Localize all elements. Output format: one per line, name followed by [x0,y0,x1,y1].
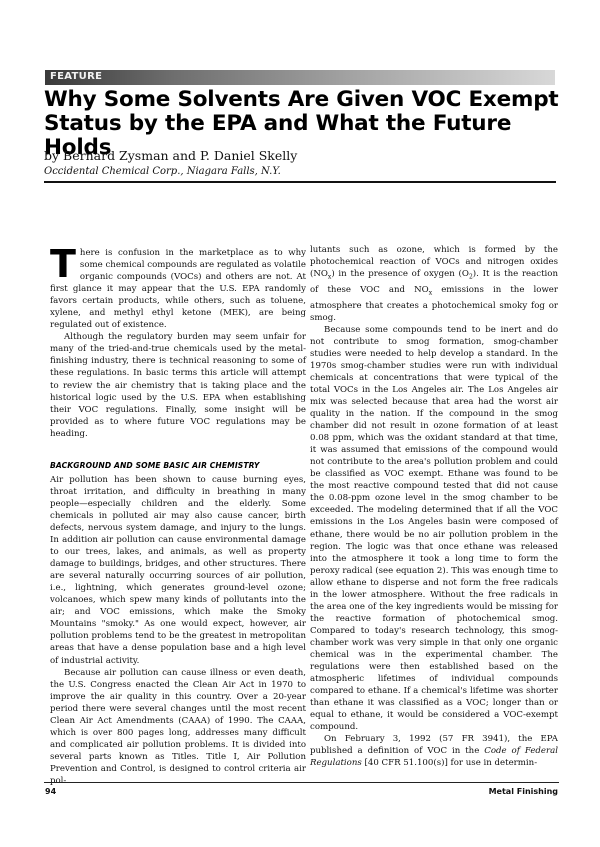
byline: by Bernard Zysman and P. Daniel Skelly [44,148,297,163]
paragraph-intro: There is confusion in the marketplace as… [50,247,306,331]
right-column: lutants such as ozone, which is formed b… [310,244,558,769]
paragraph: Air pollution has been shown to cause bu… [50,474,306,667]
author-affiliation: Occidental Chemical Corp., Niagara Falls… [44,166,281,177]
section-heading: BACKGROUND AND SOME BASIC AIR CHEMISTRY [50,460,306,472]
drop-cap: T [50,248,76,280]
section-label: FEATURE [50,71,102,82]
paragraph: Although the regulatory burden may seem … [50,331,306,439]
header-divider [44,181,556,183]
footer-divider [44,782,559,783]
paragraph: Because air pollution can cause illness … [50,667,306,787]
paragraph-continued: lutants such as ozone, which is formed b… [310,244,558,324]
section-banner: FEATURE [45,70,555,85]
journal-name: Metal Finishing [489,787,558,796]
paragraph: Because some compounds tend to be inert … [310,324,558,734]
page-number: 94 [45,787,56,796]
left-column: There is confusion in the marketplace as… [50,247,306,787]
paragraph: On February 3, 1992 (57 FR 3941), the EP… [310,733,558,769]
